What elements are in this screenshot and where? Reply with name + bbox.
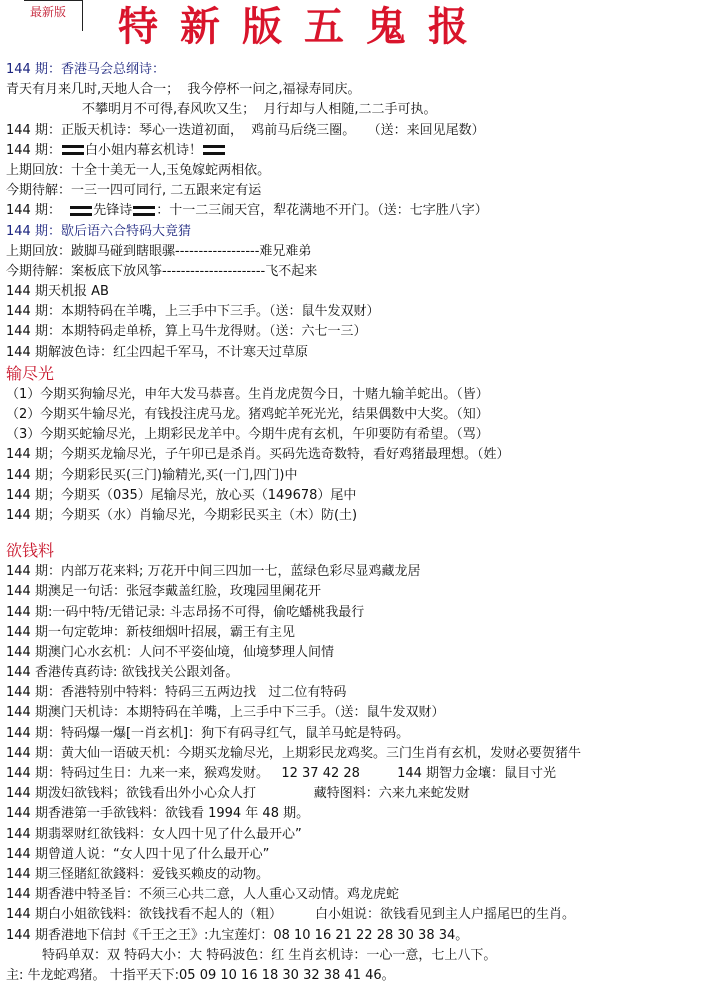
text-line: 144 期三怪賭紅欲錢料：爱钱买赖皮的动物。 bbox=[6, 865, 706, 885]
spacer bbox=[6, 526, 706, 540]
text-line: 144 期澳门天机诗：本期特码在羊嘴，上三手中下三手。（送：鼠牛发双财） bbox=[6, 703, 706, 723]
line-suffix: ：十一二三闹天宫，犁花满地不开门。（送：七字胜八字） bbox=[156, 203, 488, 218]
text-line-bai: 144 期：白小姐内幕玄机诗！ bbox=[6, 141, 706, 161]
text-line: 144 期：特码爆一爆[一肖玄机]：狗下有码寻红气，鼠羊马蛇是特码。 bbox=[6, 724, 706, 744]
text-line: 144 期：香港特别中特料：特码三五两边找 过二位有特码 bbox=[6, 683, 706, 703]
text-line: 144 香港传真药诗: 欲钱找关公跟刘备。 bbox=[6, 663, 706, 683]
double-bar-icon bbox=[62, 145, 84, 155]
double-bar-icon bbox=[133, 206, 155, 216]
content-body: 144 期：香港马会总纲诗： 青天有月来几时,天地人合一； 我今停杯一问之,福禄… bbox=[6, 60, 706, 986]
text-line: 144 期泼妇欲钱料；欲钱看出外小心众人打 藏特图料：六来九来蛇发财 bbox=[6, 784, 706, 804]
text-line: 144 期一句定乾坤：新枝细烟叶招展，霸王有主见 bbox=[6, 623, 706, 643]
text-line: 144 期；今期彩民买(三门)输精光,买(一门,四门)中 bbox=[6, 466, 706, 486]
line-prefix: 144 期： bbox=[6, 143, 61, 158]
text-line: 144 期翡翠财红欲钱料：女人四十见了什么最开心” bbox=[6, 825, 706, 845]
double-bar-icon bbox=[203, 145, 225, 155]
text-line: （1）今期买狗输尽光，申年大发马恭喜。生肖龙虎贺今日，十赌九输羊蛇出。（皆） bbox=[6, 385, 706, 405]
text-line: 144 期：正版天机诗：琴心一迭道初面， 鸡前马后绕三圈。 （送：来回见尾数） bbox=[6, 121, 706, 141]
text-line: 144 期：本期特码走单桥，算上马牛龙得财。（送：六七一三） bbox=[6, 322, 706, 342]
text-line: 特码单双：双 特码大小：大 特码波色：红 生肖玄机诗：一心一意，七上八下。 bbox=[6, 946, 706, 966]
text-line: 144 期；今期买（035）尾输尽光，放心买（149678）尾中 bbox=[6, 486, 706, 506]
text-line: 上期回放：跛脚马碰到瞎眼骡------------------难兄难弟 bbox=[6, 242, 706, 262]
text-line-xianfeng: 144 期： 先锋诗：十一二三闹天宫，犁花满地不开门。（送：七字胜八字） bbox=[6, 201, 706, 221]
text-line: 144 期澳足一句话：张冠李戴盖红脸，玫瑰园里阑花开 bbox=[6, 582, 706, 602]
text-line: 144 期；今期买（水）肖输尽光，今期彩民买主（木）防(土) bbox=[6, 506, 706, 526]
line-middle: 白小姐内幕玄机诗！ bbox=[85, 143, 202, 158]
text-line: 144 期：内部万花来料; 万花开中间三四加一七，蓝绿色彩尽显鸡藏龙居 bbox=[6, 562, 706, 582]
text-line: 144 期曾道人说：“女人四十见了什么最开心” bbox=[6, 845, 706, 865]
text-line: 144 期天机报 AB bbox=[6, 282, 706, 302]
double-bar-icon bbox=[70, 206, 92, 216]
text-line: 主: 牛龙蛇鸡猪。 十指平天下:05 09 10 16 18 30 32 38 … bbox=[6, 966, 706, 986]
text-line: 144 期；今期买龙输尽光，子午卯已是杀肖。买码先选奇数特，看好鸡猪最理想。（姓… bbox=[6, 445, 706, 465]
line-middle: 先锋诗 bbox=[93, 203, 132, 218]
text-line: 144 期：本期特码在羊嘴，上三手中下三手。（送：鼠牛发双财） bbox=[6, 302, 706, 322]
text-line: 144 期：特码过生日：九来一来，猴鸡发财。 12 37 42 28 144 期… bbox=[6, 764, 706, 784]
text-line: 上期回放：十全十美无一人,玉兔嫁蛇两相依。 bbox=[6, 161, 706, 181]
text-line: 青天有月来几时,天地人合一； 我今停杯一问之,福禄寿同庆。 bbox=[6, 80, 706, 100]
text-line: 144 期香港中特圣旨：不须三心共二意，人人重心又动情。鸡龙虎蛇 bbox=[6, 885, 706, 905]
badge-label: 最新版 bbox=[30, 3, 82, 21]
page-header: 最新版 特新版五鬼报 bbox=[0, 0, 711, 58]
section-title-lose: 输尽光 bbox=[6, 363, 706, 385]
line-prefix: 144 期： bbox=[6, 203, 69, 218]
text-line: （2）今期买牛输尽光，有钱投注虎马龙。猪鸡蛇羊死光光，结果偶数中大奖。（知） bbox=[6, 405, 706, 425]
text-line: 144 期澳门心水玄机：人问不平姿仙境，仙境梦理人间情 bbox=[6, 643, 706, 663]
text-line: 144 期：歇后语六合特码大竟猜 bbox=[6, 222, 706, 242]
latest-edition-badge: 最新版 bbox=[24, 0, 83, 31]
text-line: 144 期:一码中特/无错记录: 斗志昂扬不可得，偷吃蟠桃我最行 bbox=[6, 603, 706, 623]
text-line: 今期待解：一三一四可同行, 二五跟来定有运 bbox=[6, 181, 706, 201]
text-line: 144 期：黄大仙一语破天机：今期买龙输尽光，上期彩民龙鸡奖。三门生肖有玄机，发… bbox=[6, 744, 706, 764]
text-line: 144 期：香港马会总纲诗： bbox=[6, 60, 706, 80]
text-line: 144 期香港地下信封《千王之王》:九宝莲灯：08 10 16 21 22 28… bbox=[6, 926, 706, 946]
text-line: 今期待解：案板底下放风筝----------------------飞不起来 bbox=[6, 262, 706, 282]
text-line: （3）今期买蛇输尽光，上期彩民龙羊中。今期牛虎有玄机，午卯要防有希望。（骂） bbox=[6, 425, 706, 445]
page-title: 特新版五鬼报 bbox=[118, 2, 490, 52]
text-line: 不攀明月不可得,春风吹又生； 月行却与人相随,二二手可执。 bbox=[6, 100, 706, 120]
text-line: 144 期解波色诗：红尘四起千军马，不计寒天过草原 bbox=[6, 343, 706, 363]
section-title-money: 欲钱料 bbox=[6, 540, 706, 562]
text-line: 144 期白小姐欲钱料：欲钱找看不起人的（粗） 白小姐说：欲钱看见到主人户摇尾巴… bbox=[6, 905, 706, 925]
text-line: 144 期香港第一手欲钱料：欲钱看 1994 年 48 期。 bbox=[6, 804, 706, 824]
